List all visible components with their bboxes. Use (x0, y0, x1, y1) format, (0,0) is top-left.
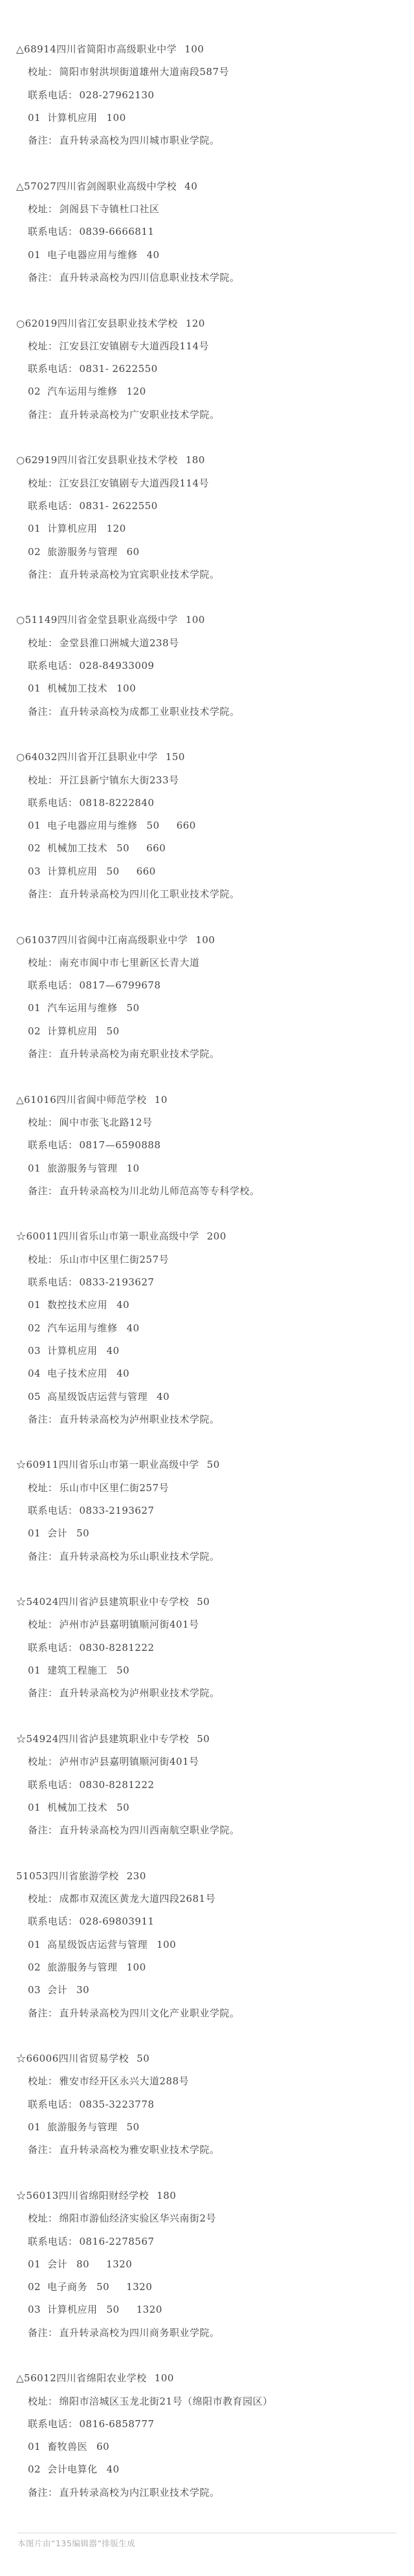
phone-value: 0833-2193627 (80, 1505, 155, 1516)
address-label: 校址： (28, 1893, 58, 1905)
phone-label: 联系电话： (28, 500, 78, 512)
school-entry: ○61037四川省阆中江南高级职业中学100 校址：南充市阆中市七里新区长青大道… (0, 929, 414, 1066)
school-symbol: ☆ (16, 2053, 27, 2064)
program-code: 01 (28, 249, 41, 261)
school-address-line: 校址：泸州市泸县嘉明镇顺河街401号 (0, 1751, 414, 1773)
program-line: 01数控技术应用40 (0, 1294, 414, 1316)
program-quota: 50 (76, 1527, 89, 1539)
school-code: 56013 (27, 2190, 59, 2201)
school-note-line: 备注：直升转录高校为成都工业职业技术学院。 (0, 701, 414, 723)
address-label: 校址： (28, 1756, 58, 1767)
address-value: 开江县新宁镇东大街233号 (60, 774, 179, 786)
program-code: 01 (28, 112, 41, 124)
school-symbol: △ (16, 1094, 24, 1106)
program-quota: 100 (157, 1939, 176, 1950)
phone-value: 0830-8281222 (80, 1779, 155, 1791)
program-code: 01 (28, 1002, 41, 1014)
note-value: 直升转录高校为内江职业技术学院。 (60, 2487, 220, 2498)
program-line: 02会计电算化40 (0, 2458, 414, 2481)
school-phone-line: 联系电话：0831- 2622550 (0, 495, 414, 518)
program-line: 02汽车运用与维修120 (0, 380, 414, 403)
program-quota: 40 (116, 1299, 129, 1311)
program-line: 01汽车运用与维修50 (0, 997, 414, 1020)
program-code: 02 (28, 546, 41, 558)
school-note-line: 备注：直升转录高校为四川城市职业学院。 (0, 129, 414, 152)
address-value: 江安县江安镇剧专大道西段114号 (60, 340, 210, 352)
phone-value: 028-27962130 (80, 89, 155, 101)
school-name: 四川省金堂县职业高级中学 (58, 614, 178, 626)
school-quota: 150 (166, 751, 185, 763)
school-symbol: △ (16, 43, 24, 55)
program-name: 会计 (47, 1984, 67, 1996)
school-title-line: ☆60911四川省乐山市第一职业高级中学50 (0, 1454, 414, 1476)
note-label: 备注： (28, 1185, 58, 1197)
program-code: 01 (28, 682, 41, 694)
school-symbol: ☆ (16, 1230, 27, 1242)
program-quota: 50 (116, 1802, 129, 1813)
program-line: 02机械加工技术50660 (0, 837, 414, 860)
school-code: 51149 (25, 614, 58, 626)
program-line: 02汽车运用与维修40 (0, 1317, 414, 1340)
school-code: 61037 (25, 934, 58, 946)
program-name: 旅游服务与管理 (47, 546, 118, 558)
school-code: 54924 (27, 1733, 59, 1745)
program-fee: 660 (146, 842, 166, 854)
school-phone-line: 联系电话：0835-3223778 (0, 2093, 414, 2116)
program-name: 会计电算化 (47, 2463, 98, 2475)
school-phone-line: 联系电话：0816-2278567 (0, 2231, 414, 2253)
program-line: 03计算机应用50660 (0, 860, 414, 883)
school-symbol: ○ (16, 934, 25, 946)
school-code: 51053 (16, 1870, 49, 1882)
phone-label: 联系电话： (28, 2418, 78, 2430)
program-quota: 100 (127, 1961, 146, 1973)
phone-value: 0831- 2622550 (80, 500, 158, 512)
phone-label: 联系电话： (28, 363, 78, 375)
school-quota: 100 (186, 614, 205, 626)
program-line: 02电子商务501320 (0, 2276, 414, 2298)
program-code: 02 (28, 2281, 41, 2293)
phone-value: 0835-3223778 (80, 2099, 155, 2110)
phone-label: 联系电话： (28, 1916, 78, 1927)
school-phone-line: 联系电话：0816-6858777 (0, 2413, 414, 2436)
phone-label: 联系电话： (28, 1276, 78, 1288)
program-quota: 40 (116, 1368, 129, 1379)
school-name: 四川省泸县建筑职业中专学校 (59, 1733, 190, 1745)
program-quota: 100 (107, 112, 126, 124)
program-code: 01 (28, 820, 41, 831)
address-label: 校址： (28, 1619, 58, 1630)
school-quota: 230 (127, 1870, 146, 1882)
school-title-line: ☆54024四川省泸县建筑职业中专学校50 (0, 1591, 414, 1613)
school-quota: 100 (195, 934, 215, 946)
school-code: 62019 (25, 318, 58, 329)
note-label: 备注： (28, 569, 58, 580)
note-value: 直升转录高校为四川西南航空职业学院。 (60, 1824, 240, 1836)
program-code: 01 (28, 2258, 41, 2270)
school-title-line: 51053四川省旅游学校230 (0, 1865, 414, 1888)
note-value: 直升转录高校为泸州职业技术学院。 (60, 1687, 220, 1699)
note-label: 备注： (28, 706, 58, 717)
school-address-line: 校址：南充市阆中市七里新区长青大道 (0, 952, 414, 974)
school-quota: 50 (197, 1596, 210, 1608)
program-line: 01机械加工技术100 (0, 677, 414, 700)
address-label: 校址： (28, 774, 58, 786)
note-label: 备注： (28, 888, 58, 900)
program-line: 01旅游服务与管理50 (0, 2116, 414, 2139)
school-title-line: ○62019四川省江安县职业技术学校120 (0, 312, 414, 335)
school-name: 四川省泸县建筑职业中专学校 (59, 1596, 190, 1608)
program-quota: 30 (76, 1984, 89, 1996)
address-label: 校址： (28, 2075, 58, 2087)
note-label: 备注： (28, 1824, 58, 1836)
school-entry: ○51149四川省金堂县职业高级中学100 校址：金堂县淮口洲城大道238号 联… (0, 609, 414, 723)
school-note-line: 备注：直升转录高校为四川西南航空职业学院。 (0, 1819, 414, 1842)
program-line: 01机械加工技术50 (0, 1796, 414, 1819)
school-title-line: ○62919四川省江安县职业技术学校180 (0, 449, 414, 472)
school-note-line: 备注：直升转录高校为四川信息职业技术学院。 (0, 267, 414, 289)
program-name: 电子电器应用与维修 (47, 249, 138, 261)
note-value: 直升转录高校为四川化工职业技术学院。 (60, 888, 240, 900)
program-name: 机械加工技术 (47, 1802, 107, 1813)
address-label: 校址： (28, 1117, 58, 1128)
school-address-line: 校址：简阳市射洪坝街道雄州大道南段587号 (0, 61, 414, 83)
program-line: 01电子电器应用与维修40 (0, 244, 414, 267)
phone-value: 0817—6590888 (80, 1139, 161, 1151)
program-name: 计算机应用 (47, 2304, 98, 2315)
note-value: 直升转录高校为泸州职业技术学院。 (60, 1414, 220, 1425)
school-entry: △68914四川省简阳市高级职业中学100 校址：简阳市射洪坝街道雄州大道南段5… (0, 38, 414, 152)
address-value: 绵阳市游仙经济实验区华兴南街2号 (60, 2212, 217, 2224)
school-title-line: ○64032四川省开江县职业中学150 (0, 746, 414, 769)
note-label: 备注： (28, 2144, 58, 2156)
program-name: 电子电器应用与维修 (47, 820, 138, 831)
school-phone-line: 联系电话：0830-8281222 (0, 1774, 414, 1796)
program-line: 01建筑工程施工50 (0, 1659, 414, 1682)
school-code: 64032 (25, 751, 58, 763)
school-note-line: 备注：直升转录高校为宜宾职业技术学院。 (0, 563, 414, 586)
program-line: 02计算机应用50 (0, 1020, 414, 1043)
phone-label: 联系电话： (28, 2236, 78, 2247)
program-name: 计算机应用 (47, 112, 98, 124)
program-code: 01 (28, 1162, 41, 1174)
program-line: 01畜牧兽医60 (0, 2436, 414, 2458)
program-name: 计算机应用 (47, 1025, 98, 1037)
program-name: 建筑工程施工 (47, 1665, 107, 1676)
phone-value: 0830-8281222 (80, 1642, 155, 1654)
phone-value: 028-69803911 (80, 1916, 155, 1927)
program-line: 01旅游服务与管理10 (0, 1157, 414, 1180)
phone-label: 联系电话： (28, 1139, 78, 1151)
program-name: 计算机应用 (47, 1345, 98, 1357)
program-fee: 1320 (126, 2281, 152, 2293)
program-code: 02 (28, 842, 41, 854)
phone-value: 0831- 2622550 (80, 363, 158, 375)
footer-credit: 本图片由“135编辑器”排版生成 (17, 2538, 414, 2549)
school-entry: ☆56013四川省绵阳财经学校180 校址：绵阳市游仙经济实验区华兴南街2号 联… (0, 2185, 414, 2344)
school-address-line: 校址：绵阳市涪城区玉龙北街21号（绵阳市教育园区） (0, 2390, 414, 2413)
school-title-line: ☆56013四川省绵阳财经学校180 (0, 2185, 414, 2207)
program-code: 03 (28, 1984, 41, 1996)
program-name: 电子技术应用 (47, 1368, 107, 1379)
program-quota: 60 (96, 2441, 109, 2452)
phone-label: 联系电话： (28, 2099, 78, 2110)
program-name: 电子商务 (47, 2281, 87, 2293)
school-quota: 50 (207, 1459, 220, 1470)
school-code: 56012 (24, 2372, 56, 2384)
school-address-line: 校址：阆中市张飞北路12号 (0, 1111, 414, 1134)
note-value: 直升转录高校为四川城市职业学院。 (60, 135, 220, 146)
school-code: 57027 (24, 180, 56, 192)
school-entry: ☆54024四川省泸县建筑职业中专学校50 校址：泸州市泸县嘉明镇顺河街401号… (0, 1591, 414, 1705)
phone-label: 联系电话： (28, 1779, 78, 1791)
school-name: 四川省绵阳农业学校 (56, 2372, 147, 2384)
program-line: 01会计801320 (0, 2253, 414, 2276)
program-code: 03 (28, 866, 41, 877)
phone-value: 0839-6666811 (80, 226, 155, 237)
address-value: 泸州市泸县嘉明镇顺河街401号 (60, 1756, 199, 1767)
school-entry: ☆54924四川省泸县建筑职业中专学校50 校址：泸州市泸县嘉明镇顺河街401号… (0, 1728, 414, 1842)
program-line: 01计算机应用120 (0, 518, 414, 540)
school-code: 68914 (24, 43, 56, 55)
phone-label: 联系电话： (28, 226, 78, 237)
school-note-line: 备注：直升转录高校为乐山职业技术学院。 (0, 1545, 414, 1568)
school-quota: 100 (155, 2372, 174, 2384)
school-phone-line: 联系电话：028-84933009 (0, 655, 414, 677)
address-value: 成都市双流区黄龙大道四段2681号 (60, 1893, 216, 1905)
school-title-line: ☆60011四川省乐山市第一职业高级中学200 (0, 1225, 414, 1248)
school-symbol: ○ (16, 318, 25, 329)
school-phone-line: 联系电话：0833-2193627 (0, 1500, 414, 1522)
school-title-line: △56012四川省绵阳农业学校100 (0, 2367, 414, 2390)
school-note-line: 备注：直升转录高校为内江职业技术学院。 (0, 2482, 414, 2504)
school-list-document: △68914四川省简阳市高级职业中学100 校址：简阳市射洪坝街道雄州大道南段5… (0, 0, 414, 2504)
program-code: 01 (28, 523, 41, 534)
program-code: 02 (28, 1025, 41, 1037)
program-quota: 50 (127, 2121, 140, 2133)
program-quota: 40 (107, 2463, 120, 2475)
school-name: 四川省江安县职业技术学校 (58, 454, 178, 466)
school-entry: ☆60911四川省乐山市第一职业高级中学50 校址：乐山市中区里仁街257号 联… (0, 1454, 414, 1567)
school-code: 62919 (25, 454, 58, 466)
address-value: 简阳市射洪坝街道雄州大道南段587号 (60, 66, 230, 78)
school-note-line: 备注：直升转录高校为四川商务职业学院。 (0, 2322, 414, 2344)
program-code: 01 (28, 1299, 41, 1311)
phone-label: 联系电话： (28, 1505, 78, 1516)
school-name: 四川省阆中江南高级职业中学 (58, 934, 188, 946)
address-label: 校址： (28, 66, 58, 78)
school-name: 四川省简阳市高级职业中学 (56, 43, 177, 55)
note-value: 直升转录高校为乐山职业技术学院。 (60, 1551, 220, 1562)
school-phone-line: 联系电话：0831- 2622550 (0, 358, 414, 380)
school-code: 60911 (27, 1459, 59, 1470)
note-label: 备注： (28, 1048, 58, 1060)
program-line: 03计算机应用501320 (0, 2298, 414, 2321)
school-quota: 180 (157, 2190, 176, 2201)
program-code: 01 (28, 1802, 41, 1813)
program-fee: 660 (177, 820, 196, 831)
school-phone-line: 联系电话：0817—6590888 (0, 1134, 414, 1157)
program-name: 汽车运用与维修 (47, 1002, 118, 1014)
school-entry: ○62919四川省江安县职业技术学校180 校址：江安县江安镇剧专大道西段114… (0, 449, 414, 586)
program-name: 会计 (47, 1527, 67, 1539)
address-value: 阆中市张飞北路12号 (60, 1117, 153, 1128)
program-quota: 120 (107, 523, 126, 534)
school-quota: 40 (184, 180, 197, 192)
school-entry: ☆60011四川省乐山市第一职业高级中学200 校址：乐山市中区里仁街257号 … (0, 1225, 414, 1431)
address-label: 校址： (28, 2396, 58, 2407)
program-name: 数控技术应用 (47, 1299, 107, 1311)
note-value: 直升转录高校为四川信息职业技术学院。 (60, 272, 240, 283)
address-value: 乐山市中区里仁街257号 (60, 1254, 169, 1265)
address-label: 校址： (28, 1482, 58, 1494)
program-quota: 120 (127, 386, 146, 397)
school-symbol: △ (16, 180, 24, 192)
program-line: 03计算机应用40 (0, 1340, 414, 1362)
program-code: 02 (28, 386, 41, 397)
school-name: 四川省开江县职业中学 (58, 751, 158, 763)
school-title-line: △68914四川省简阳市高级职业中学100 (0, 38, 414, 61)
school-quota: 120 (186, 318, 205, 329)
school-phone-line: 联系电话：0833-2193627 (0, 1271, 414, 1294)
school-symbol: ○ (16, 614, 25, 626)
phone-value: 0816-6858777 (80, 2418, 155, 2430)
program-quota: 50 (107, 866, 120, 877)
school-quota: 100 (184, 43, 204, 55)
program-name: 畜牧兽医 (47, 2441, 87, 2452)
school-entry: △61016四川省阆中师范学校10 校址：阆中市张飞北路12号 联系电话：081… (0, 1089, 414, 1203)
note-label: 备注： (28, 409, 58, 420)
school-symbol: ○ (16, 751, 25, 763)
note-label: 备注： (28, 272, 58, 283)
school-note-line: 备注：直升转录高校为川北幼儿师范高等专科学校。 (0, 1180, 414, 1203)
school-phone-line: 联系电话：028-69803911 (0, 1910, 414, 1933)
program-code: 02 (28, 1961, 41, 1973)
note-value: 直升转录高校为南充职业技术学院。 (60, 1048, 220, 1060)
note-value: 直升转录高校为四川文化产业职业学院。 (60, 2007, 240, 2019)
program-name: 高星级饭店运营与管理 (47, 1939, 147, 1950)
program-line: 02旅游服务与管理60 (0, 541, 414, 563)
program-quota: 50 (127, 1002, 140, 1014)
school-phone-line: 联系电话：0830-8281222 (0, 1637, 414, 1659)
address-label: 校址： (28, 1254, 58, 1265)
school-address-line: 校址：乐山市中区里仁街257号 (0, 1477, 414, 1500)
address-value: 剑阁县下寺镇杜口社区 (60, 203, 160, 215)
program-quota: 50 (107, 2304, 120, 2315)
program-quota: 50 (96, 2281, 109, 2293)
program-quota: 100 (116, 682, 136, 694)
school-quota: 200 (207, 1230, 226, 1242)
program-code: 05 (28, 1391, 41, 1403)
school-note-line: 备注：直升转录高校为雅安职业技术学院。 (0, 2139, 414, 2161)
note-value: 直升转录高校为四川商务职业学院。 (60, 2327, 220, 2339)
program-quota: 60 (127, 546, 140, 558)
phone-label: 联系电话： (28, 89, 78, 101)
program-line: 01电子电器应用与维修50660 (0, 814, 414, 837)
school-symbol: ☆ (16, 1596, 27, 1608)
school-address-line: 校址：绵阳市游仙经济实验区华兴南街2号 (0, 2207, 414, 2230)
school-name: 四川省乐山市第一职业高级中学 (59, 1459, 199, 1470)
school-name: 四川省乐山市第一职业高级中学 (59, 1230, 199, 1242)
program-quota: 50 (116, 842, 129, 854)
school-name: 四川省江安县职业技术学校 (58, 318, 178, 329)
school-name: 四川省阆中师范学校 (56, 1094, 147, 1106)
school-code: 66006 (27, 2053, 59, 2064)
school-symbol: ○ (16, 454, 25, 466)
address-label: 校址： (28, 957, 58, 968)
school-entry: ○64032四川省开江县职业中学150 校址：开江县新宁镇东大街233号 联系电… (0, 746, 414, 906)
program-quota: 40 (157, 1391, 169, 1403)
program-code: 03 (28, 2304, 41, 2315)
school-name: 四川省绵阳财经学校 (59, 2190, 149, 2201)
note-value: 直升转录高校为成都工业职业技术学院。 (60, 706, 240, 717)
school-quota: 50 (197, 1733, 210, 1745)
program-fee: 1320 (106, 2258, 132, 2270)
phone-label: 联系电话： (28, 797, 78, 809)
program-name: 计算机应用 (47, 523, 98, 534)
school-address-line: 校址：泸州市泸县嘉明镇顺河街401号 (0, 1613, 414, 1636)
program-name: 旅游服务与管理 (47, 1162, 118, 1174)
school-title-line: ○61037四川省阆中江南高级职业中学100 (0, 929, 414, 952)
note-label: 备注： (28, 2327, 58, 2339)
school-note-line: 备注：直升转录高校为南充职业技术学院。 (0, 1043, 414, 1065)
program-quota: 50 (107, 1025, 120, 1037)
school-address-line: 校址：江安县江安镇剧专大道西段114号 (0, 472, 414, 495)
school-quota: 10 (155, 1094, 168, 1106)
program-line: 03会计30 (0, 1979, 414, 2002)
program-line: 04电子技术应用40 (0, 1362, 414, 1385)
school-note-line: 备注：直升转录高校为泸州职业技术学院。 (0, 1682, 414, 1705)
note-label: 备注： (28, 2007, 58, 2019)
phone-value: 028-84933009 (80, 660, 155, 671)
program-fee: 660 (136, 866, 156, 877)
program-name: 计算机应用 (47, 866, 98, 877)
address-value: 雅安市经开区永兴大道288号 (60, 2075, 190, 2087)
program-code: 01 (28, 1939, 41, 1950)
program-code: 01 (28, 1665, 41, 1676)
school-name: 四川省旅游学校 (49, 1870, 119, 1882)
program-code: 02 (28, 1322, 41, 1334)
note-value: 直升转录高校为宜宾职业技术学院。 (60, 569, 220, 580)
note-label: 备注： (28, 135, 58, 146)
program-name: 旅游服务与管理 (47, 2121, 118, 2133)
program-code: 03 (28, 1345, 41, 1357)
program-line: 01高星级饭店运营与管理100 (0, 1934, 414, 1956)
program-name: 机械加工技术 (47, 842, 107, 854)
program-quota: 50 (147, 820, 160, 831)
program-line: 01计算机应用100 (0, 107, 414, 129)
program-name: 高星级饭店运营与管理 (47, 1391, 147, 1403)
note-label: 备注： (28, 2487, 58, 2498)
school-symbol: ☆ (16, 1733, 27, 1745)
school-note-line: 备注：直升转录高校为泸州职业技术学院。 (0, 1408, 414, 1431)
school-phone-line: 联系电话：0818-8222840 (0, 792, 414, 814)
school-entry: ☆66006四川省贸易学校50 校址：雅安市经开区永兴大道288号 联系电话：0… (0, 2047, 414, 2161)
program-name: 旅游服务与管理 (47, 1961, 118, 1973)
school-phone-line: 联系电话：0817—6799678 (0, 974, 414, 997)
school-title-line: △57027四川省剑阁职业高级中学校40 (0, 175, 414, 198)
address-value: 南充市阆中市七里新区长青大道 (60, 957, 200, 968)
program-name: 会计 (47, 2258, 67, 2270)
school-title-line: ☆54924四川省泸县建筑职业中专学校50 (0, 1728, 414, 1751)
phone-value: 0816-2278567 (80, 2236, 155, 2247)
school-address-line: 校址：成都市双流区黄龙大道四段2681号 (0, 1888, 414, 1910)
program-line: 01会计50 (0, 1522, 414, 1545)
note-label: 备注： (28, 1687, 58, 1699)
school-symbol: △ (16, 2372, 24, 2384)
school-title-line: ○51149四川省金堂县职业高级中学100 (0, 609, 414, 631)
school-note-line: 备注：直升转录高校为四川化工职业技术学院。 (0, 883, 414, 906)
